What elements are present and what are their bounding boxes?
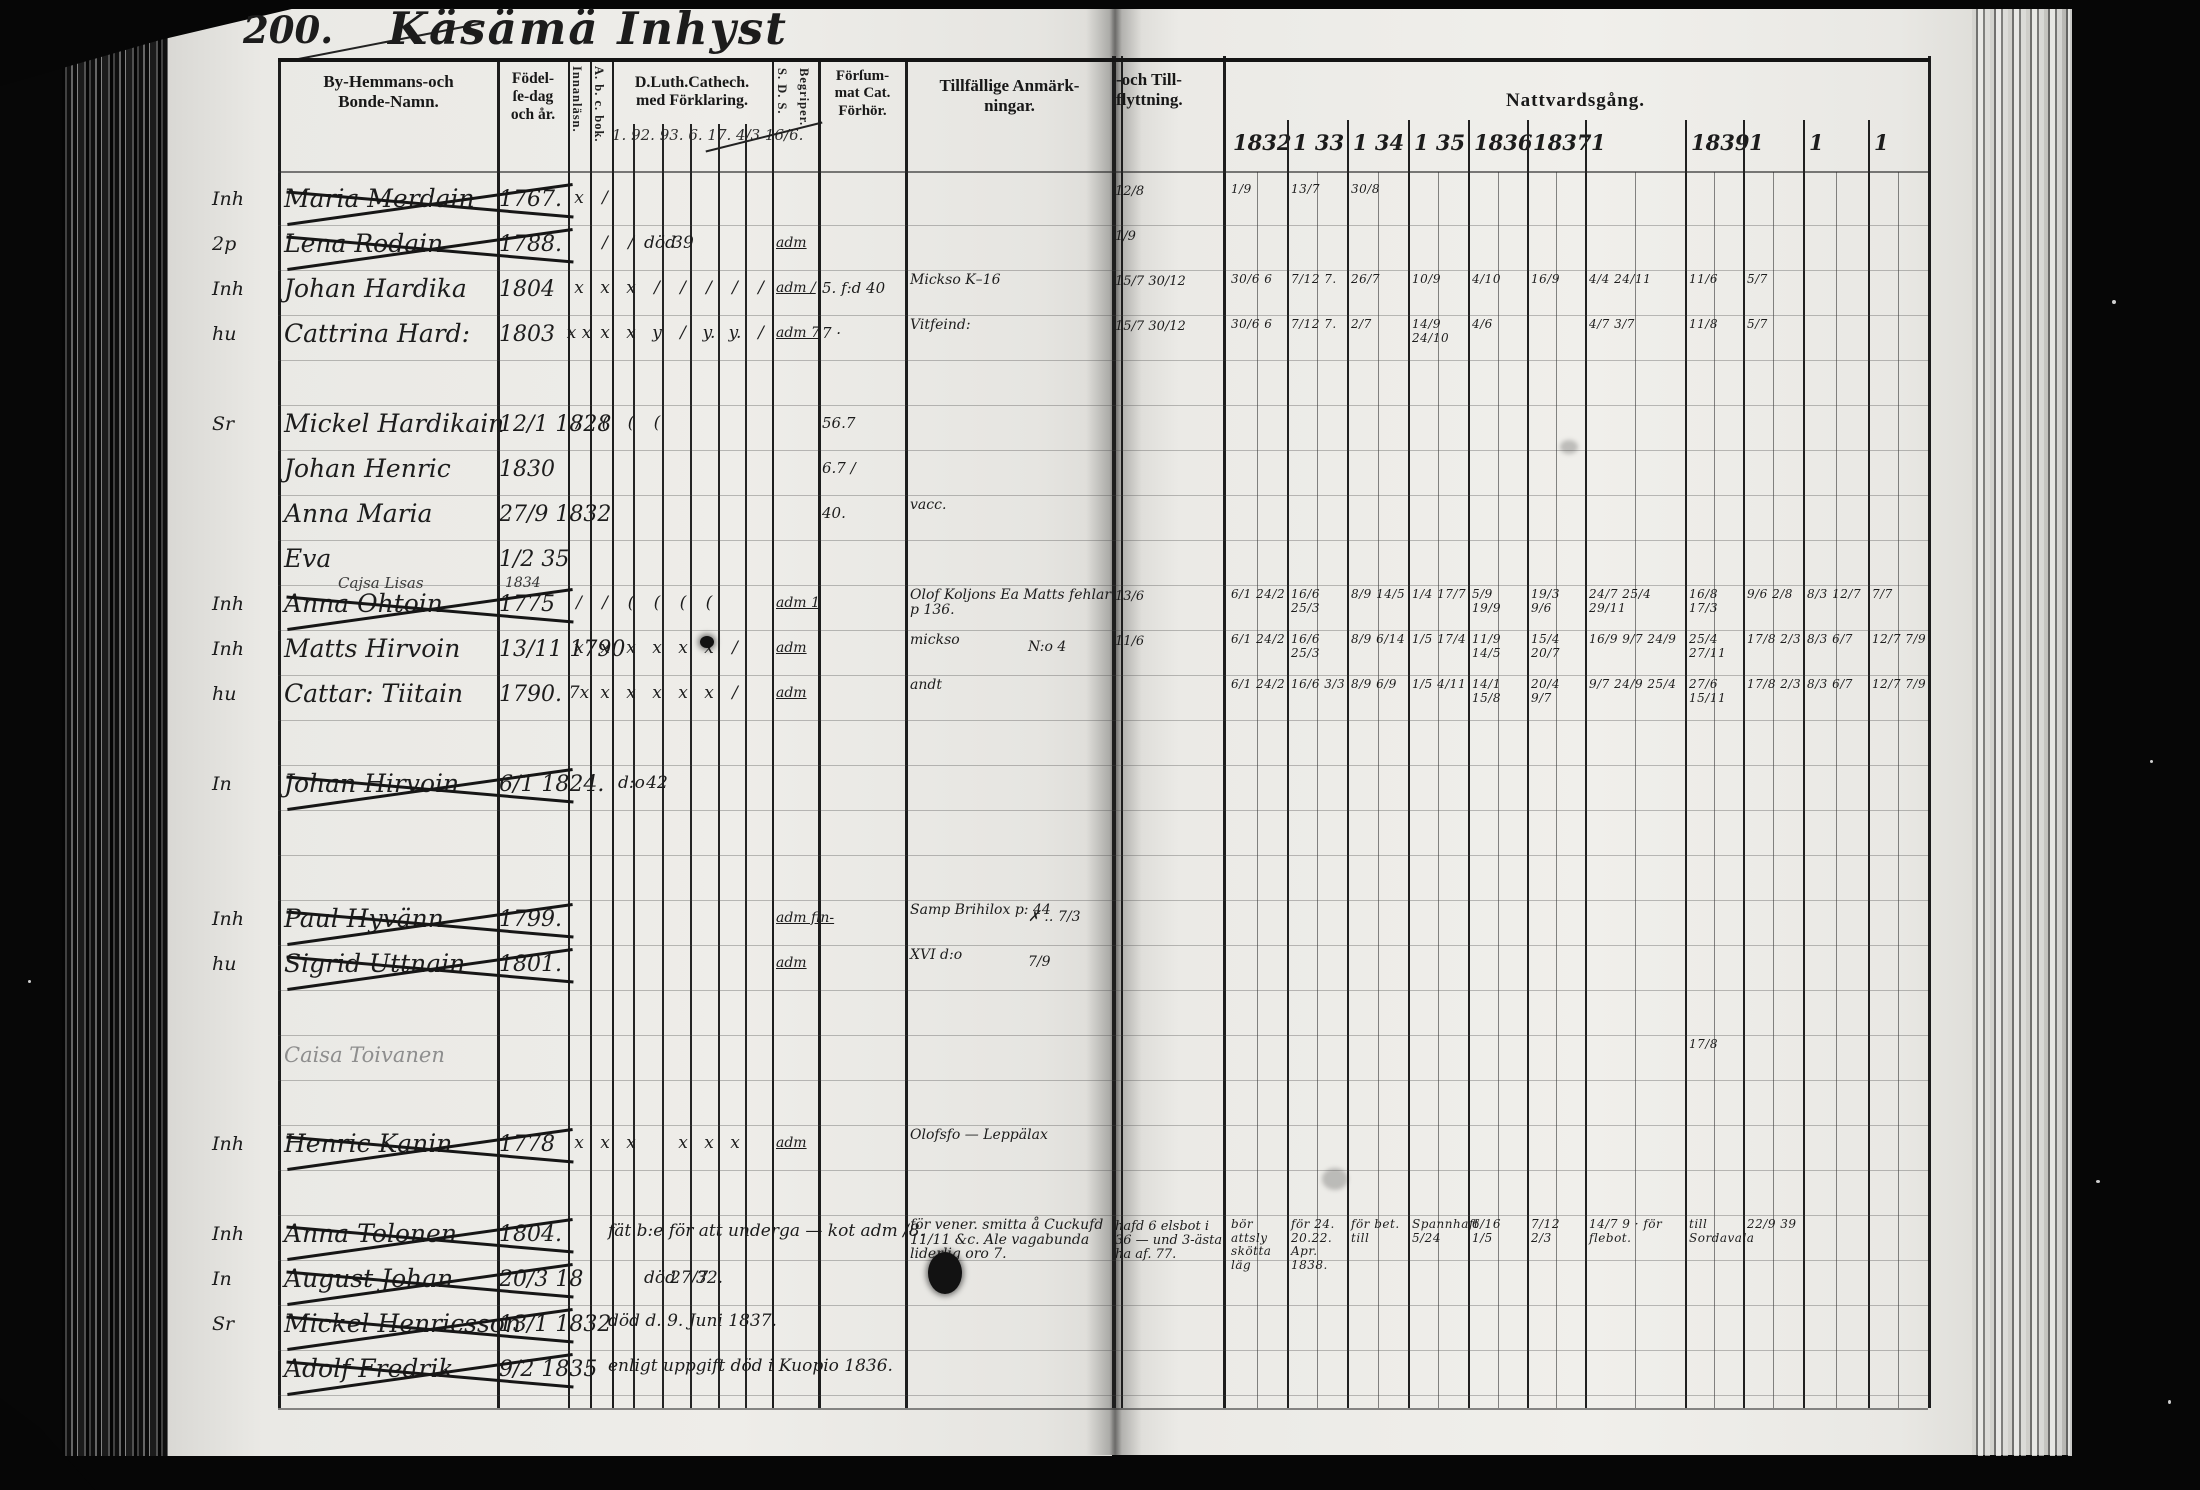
mark-cell: x xyxy=(592,323,618,343)
year-label: 1836 xyxy=(1474,130,1525,155)
smudge-stain xyxy=(1322,1168,1348,1190)
communion-cell: 22/9 39 xyxy=(1747,1218,1802,1232)
communion-cell: 16/8 17/3 xyxy=(1689,588,1742,615)
register-row xyxy=(0,855,2200,900)
register-row: huCattrina Hard:1803x xxxy/y.y./adm 77 ·… xyxy=(0,315,2200,360)
dust-speck xyxy=(2112,300,2116,304)
mark-cell: 27/7 xyxy=(670,1268,696,1288)
mark-cell: x xyxy=(592,278,618,298)
mark-cell: / xyxy=(670,278,696,298)
forsummat-note: 40. xyxy=(822,504,908,522)
smudge-stain xyxy=(1560,440,1578,454)
communion-cell: 11/8 xyxy=(1689,318,1742,332)
register-row: InAugust Johan20/3 18död27/732. xyxy=(0,1260,2200,1305)
mark-cell: / xyxy=(618,233,644,253)
person-name: Johan Henric xyxy=(284,454,502,483)
mark-cell: x xyxy=(696,1133,722,1153)
flyttning-note: 11/6 xyxy=(1115,635,1225,649)
flyttning-note: hafd 6 elsbot i 36 — und 3-ästa ha af. 7… xyxy=(1115,1220,1225,1262)
row-prefix: Inh xyxy=(212,593,276,615)
flyttning-note: 15/7 30/12 xyxy=(1115,275,1225,289)
communion-cell: 15/4 20/7 xyxy=(1531,633,1584,660)
mark-cell: ( xyxy=(618,593,644,613)
begriper-note: adm xyxy=(776,1135,822,1151)
mark-cell: x xyxy=(592,683,618,703)
person-name: August Johan xyxy=(284,1264,502,1293)
mark-cell: x xyxy=(566,188,592,208)
year-label: 1 xyxy=(1591,130,1683,155)
column-header-flyttning: -och Till-flyttning. xyxy=(1116,70,1222,109)
begriper-note: adm 7 xyxy=(776,325,822,341)
register-row: InhCajsa LisasAnna Ohtoin18341775//((((a… xyxy=(0,585,2200,630)
row-prefix: Inh xyxy=(212,908,276,930)
row-prefix: hu xyxy=(212,953,276,975)
row-prefix: Sr xyxy=(212,413,276,435)
person-name: Maria Merdain xyxy=(284,184,502,213)
forsummat-note: 6.7 / xyxy=(822,459,908,477)
mark-cell: / xyxy=(722,638,748,658)
person-name: Matts Hirvoin xyxy=(284,634,502,663)
flyttning-note: 1/9 xyxy=(1115,230,1225,244)
register-row: SrMickel Henricsson13/1 1832död d. 9. Ju… xyxy=(0,1305,2200,1350)
dust-speck xyxy=(2168,1400,2171,1404)
mark-cell: ( xyxy=(670,593,696,613)
communion-cell: 16/6 3/3 xyxy=(1291,678,1346,692)
birth-date: 1801. xyxy=(499,952,579,977)
communion-cell: 4/7 3/7 xyxy=(1589,318,1684,332)
birth-date: 20/3 18 xyxy=(499,1267,579,1292)
communion-cell: 4/6 xyxy=(1472,318,1526,332)
mark-cell: y. xyxy=(722,323,748,343)
communion-cell: 7/12 7. xyxy=(1291,273,1346,287)
register-row: InhAnna Tolonen1804.för vener. smitta å … xyxy=(0,1215,2200,1260)
person-name: Caisa Toivanen xyxy=(284,1043,502,1067)
mark-cell: 42 xyxy=(644,773,670,793)
mark-cell: / xyxy=(592,593,618,613)
person-name: Anna Maria xyxy=(284,499,502,528)
birth-date: 1830 xyxy=(499,457,579,482)
ink-blot xyxy=(700,636,714,648)
communion-cell: 6/1 24/2 xyxy=(1231,678,1286,692)
year-label: 1 34 xyxy=(1353,130,1406,155)
communion-cell: 6/16 1/5 xyxy=(1472,1218,1526,1245)
communion-cell: 26/7 xyxy=(1351,273,1407,287)
birth-date: 6/1 1824. xyxy=(499,772,579,797)
register-row: InJohan Hirvoin6/1 1824.d:o42 xyxy=(0,765,2200,810)
year-label: 1837 xyxy=(1533,130,1583,155)
birth-date: 9/2 1835 xyxy=(499,1357,579,1382)
row-prefix: In xyxy=(212,1268,276,1290)
dust-speck xyxy=(2096,1180,2100,1183)
communion-cell: 12/7 7/9 xyxy=(1872,678,1927,692)
dust-speck xyxy=(28,980,31,983)
row-prefix: hu xyxy=(212,683,276,705)
mark-cell: / xyxy=(722,683,748,703)
grid-line xyxy=(278,1395,1928,1396)
mark-cell: x x xyxy=(566,323,592,343)
annotation-note: Mickso K–16 xyxy=(910,273,1116,288)
annotation-note: vacc. xyxy=(910,498,1116,513)
communion-cell: 14/1 15/8 xyxy=(1472,678,1526,705)
person-name: Paul Hyvänn xyxy=(284,904,502,933)
begriper-note: adm xyxy=(776,955,822,971)
communion-cell: 30/8 xyxy=(1351,183,1407,197)
column-header-names: By-Hemmans-ochBonde-Namn. xyxy=(280,72,497,111)
mark-cell: död xyxy=(644,1268,670,1288)
begriper-note: adm fin- xyxy=(776,910,822,926)
mark-cell: / xyxy=(748,323,774,343)
communion-cell: 5/7 xyxy=(1747,318,1802,332)
forsummat-note: 56.7 xyxy=(822,414,908,432)
mark-cell: 32. xyxy=(696,1268,722,1288)
communion-cell: 6/1 24/2 xyxy=(1231,633,1286,647)
row-prefix: Sr xyxy=(212,1313,276,1335)
register-row: InhMaria Merdain1767.x/12/81/913/730/8 xyxy=(0,180,2200,225)
mark-cell: x xyxy=(592,1133,618,1153)
dust-speck xyxy=(2150,760,2153,763)
communion-cell: 4/4 24/11 xyxy=(1589,273,1684,287)
register-row: Anna Maria27/9 183240.vacc. xyxy=(0,495,2200,540)
year-label: 1 xyxy=(1749,130,1801,155)
photo-black-margin-bottom xyxy=(0,1456,2200,1490)
birth-date: 1804. xyxy=(499,1222,579,1247)
communion-cell: 6/1 24/2 xyxy=(1231,588,1286,602)
mark-cell: / xyxy=(566,593,592,613)
wide-annotation: död d. 9. Juni 1837. xyxy=(608,1311,968,1331)
communion-cell: 8/3 6/7 xyxy=(1807,633,1867,647)
birth-date: 27/9 1832 xyxy=(499,502,579,527)
mark-cell: x xyxy=(566,278,592,298)
register-row: InhJohan Hardika1804xxx/////adm /5. f:d … xyxy=(0,270,2200,315)
register-row xyxy=(0,990,2200,1035)
begriper-note: adm xyxy=(776,640,822,656)
mark-cell: ( xyxy=(592,413,618,433)
birth-date: 1/2 35 xyxy=(499,547,579,572)
flyttning-note: 12/8 xyxy=(1115,185,1225,199)
communion-cell: 19/3 9/6 xyxy=(1531,588,1584,615)
person-name: Anna Tolonen xyxy=(284,1219,502,1248)
communion-cell: 16/6 25/3 xyxy=(1291,588,1346,615)
communion-cell: 30/6 6 xyxy=(1231,273,1286,287)
communion-cell: 17/8 2/3 xyxy=(1747,678,1802,692)
row-prefix: Inh xyxy=(212,1133,276,1155)
column-header-birth: Födel-ſe-dagoch år. xyxy=(499,70,567,123)
communion-cell: 7/12 7. xyxy=(1291,318,1346,332)
communion-cell: 14/7 9 · för flebot. xyxy=(1589,1218,1684,1245)
person-name: Adolf Fredrik xyxy=(284,1354,502,1383)
grid-line xyxy=(278,1408,1928,1410)
mark-cell: x xyxy=(670,683,696,703)
mark-cell: d:o xyxy=(618,773,644,793)
row-prefix: hu xyxy=(212,323,276,345)
mark-cell: x xyxy=(618,1133,644,1153)
communion-cell: 24/7 25/4 29/11 xyxy=(1589,588,1684,615)
column-header-forsummat: Förſum-mat Cat.Förhör. xyxy=(820,68,905,120)
register-row xyxy=(0,810,2200,855)
ink-blot xyxy=(928,1252,962,1294)
grid-line xyxy=(278,58,1930,62)
begriper-note: adm 1 xyxy=(776,595,822,611)
begriper-note: adm xyxy=(776,685,822,701)
wide-annotation: fät b:e för att underga — kot adm /8. xyxy=(608,1221,968,1241)
birth-year-small: 1834 xyxy=(505,575,541,591)
communion-cell: 7/12 2/3 xyxy=(1531,1218,1584,1245)
register-row xyxy=(0,1080,2200,1125)
forsummat-note: 7 · xyxy=(822,324,908,342)
communion-cell: 9/6 2/8 xyxy=(1747,588,1802,602)
birth-date: 13/1 1832 xyxy=(499,1312,579,1337)
page-number: 200. xyxy=(243,8,333,52)
communion-cell: 8/9 6/14 xyxy=(1351,633,1407,647)
row-prefix: 2p xyxy=(212,233,276,255)
communion-cell: 5/9 19/9 xyxy=(1472,588,1526,615)
register-row: InhHenric Kanin1778xxxxxxadmOlofsfo — Le… xyxy=(0,1125,2200,1170)
scanned-parish-register-photo: 200. Käsämä Inhyst By-Hemmans-ochBonde-N… xyxy=(0,0,2200,1490)
register-row: Caisa Toivanen17/8 xyxy=(0,1035,2200,1080)
communion-cell: 4/10 xyxy=(1472,273,1526,287)
mark-cell: / xyxy=(670,323,696,343)
register-row xyxy=(0,720,2200,765)
begriper-note: adm xyxy=(776,235,822,251)
mark-cell: x xyxy=(618,638,644,658)
register-row: 2pLena Rodain1788.//död39adm1/9 xyxy=(0,225,2200,270)
communion-cell: 1/4 17/7 xyxy=(1412,588,1467,602)
person-name: Mickel Hardikain xyxy=(284,409,502,438)
communion-cell: 8/9 14/5 xyxy=(1351,588,1407,602)
person-name: Lena Rodain xyxy=(284,229,502,258)
mark-cell: ( xyxy=(644,413,670,433)
mark-cell: y xyxy=(644,323,670,343)
wide-annotation: enligt uppgift död i Kuopio 1836. xyxy=(608,1356,968,1376)
mark-cell: / xyxy=(748,278,774,298)
annotation-note: Vitfeind: xyxy=(910,318,1116,333)
person-name: Cattar: Tiitain xyxy=(284,679,502,708)
annotation-note-right: 7/9 xyxy=(1028,954,1116,970)
register-row: Adolf Fredrik9/2 1835enligt uppgift död … xyxy=(0,1350,2200,1395)
row-prefix: Inh xyxy=(212,278,276,300)
person-name: Johan Hirvoin xyxy=(284,769,502,798)
flyttning-note: 15/7 30/12 xyxy=(1115,320,1225,334)
mark-cell: 7x xyxy=(566,683,592,703)
page-title: Käsämä Inhyst xyxy=(388,2,788,55)
communion-cell: 10/9 xyxy=(1412,273,1467,287)
mark-cell: x xyxy=(670,638,696,658)
register-rows: InhMaria Merdain1767.x/12/81/913/730/82p… xyxy=(0,180,2200,1395)
communion-cell: för bet. till xyxy=(1351,1218,1407,1245)
mark-cell: död xyxy=(644,233,670,253)
annotation-note-right: ✗ ‥ 7/3 xyxy=(1028,909,1116,925)
mark-cell: x xyxy=(592,638,618,658)
mark-cell: x xyxy=(566,1133,592,1153)
begriper-note: adm / xyxy=(776,280,822,296)
communion-cell: 2/7 xyxy=(1351,318,1407,332)
year-label: 1832 xyxy=(1233,130,1285,155)
communion-cell: 20/4 9/7 xyxy=(1531,678,1584,705)
communion-cell: till Sordavala xyxy=(1689,1218,1742,1245)
mark-cell: ( xyxy=(696,593,722,613)
communion-cell: 1/9 xyxy=(1231,183,1286,197)
mark-cell: / xyxy=(592,188,618,208)
column-header-cathech: D.Luth.Cathech.med Förklaring. xyxy=(612,74,772,111)
mark-cell: x xyxy=(670,1133,696,1153)
year-label: 1 xyxy=(1809,130,1866,155)
communion-cell: 27/6 15/11 xyxy=(1689,678,1742,705)
communion-cell: 11/9 14/5 xyxy=(1472,633,1526,660)
register-row: Eva1/2 35 xyxy=(0,540,2200,585)
row-prefix: Inh xyxy=(212,188,276,210)
communion-year-row: 18321 331 341 351836183711839111 xyxy=(0,128,2200,172)
register-row: InhPaul Hyvänn1799.adm fin-Samp Brihilox… xyxy=(0,900,2200,945)
register-row: SrMickel Hardikain12/1 1828/(((56.7 xyxy=(0,405,2200,450)
mark-cell: x xyxy=(566,638,592,658)
register-row xyxy=(0,1170,2200,1215)
mark-cell: x xyxy=(722,1133,748,1153)
communion-cell: 17/8 xyxy=(1689,1038,1742,1052)
mark-cell: x xyxy=(644,638,670,658)
mark-cell: / xyxy=(722,278,748,298)
row-prefix: In xyxy=(212,773,276,795)
mark-cell: / xyxy=(566,413,592,433)
year-label: 1 33 xyxy=(1293,130,1345,155)
communion-cell: 30/6 6 xyxy=(1231,318,1286,332)
annotation-note: Olof Koljons Ea Matts fehlar p 136. xyxy=(910,588,1116,617)
person-name: Cattrina Hard: xyxy=(284,319,502,348)
person-name: Mickel Henricsson xyxy=(284,1309,502,1338)
grid-line xyxy=(278,171,1928,173)
person-name: Henric Kanin xyxy=(284,1129,502,1158)
annotation-note: Olofsfo — Leppälax xyxy=(910,1128,1116,1143)
communion-cell: 9/7 24/9 25/4 xyxy=(1589,678,1684,692)
register-row: Johan Henric18306.7 / xyxy=(0,450,2200,495)
flyttning-note: 13/6 xyxy=(1115,590,1225,604)
mark-cell: ( xyxy=(644,593,670,613)
register-row: huCattar: Tiitain1790.7xxxxxx/admandt6/1… xyxy=(0,675,2200,720)
communion-cell: 8/3 6/7 xyxy=(1807,678,1867,692)
column-header-anmarkningar: Tillfällige Anmärk-ningar. xyxy=(907,76,1112,115)
communion-cell: 25/4 27/11 xyxy=(1689,633,1742,660)
person-name: Anna Ohtoin xyxy=(284,589,502,618)
register-row: InhMatts Hirvoin13/11 1790xxxxxx/admmick… xyxy=(0,630,2200,675)
communion-cell: 1/5 4/11 xyxy=(1412,678,1467,692)
communion-cell: 1/5 17/4 xyxy=(1412,633,1467,647)
birth-date: 1788. xyxy=(499,232,579,257)
row-prefix: Inh xyxy=(212,638,276,660)
mark-cell: 39 xyxy=(670,233,696,253)
row-prefix: Inh xyxy=(212,1223,276,1245)
mark-cell: x xyxy=(618,683,644,703)
birth-date: 1799. xyxy=(499,907,579,932)
mark-cell: ( xyxy=(618,413,644,433)
year-label: 1 35 xyxy=(1414,130,1466,155)
communion-cell: 13/7 xyxy=(1291,183,1346,197)
annotation-note-right: N:o 4 xyxy=(1028,639,1116,655)
communion-cell: 12/7 7/9 xyxy=(1872,633,1927,647)
register-row: huSigrid Uttnain1801.admXVI d:o7/9 xyxy=(0,945,2200,990)
communion-cell: 16/9 xyxy=(1531,273,1584,287)
mark-cell: x xyxy=(618,278,644,298)
person-name: Sigrid Uttnain xyxy=(284,949,502,978)
communion-cell: Spannhaft 5/24 xyxy=(1412,1218,1467,1245)
forsummat-note: 5. f:d 40 xyxy=(822,279,908,297)
communion-cell: 16/6 25/3 xyxy=(1291,633,1346,660)
mark-cell: x xyxy=(696,683,722,703)
communion-cell: 17/8 2/3 xyxy=(1747,633,1802,647)
mark-cell: x xyxy=(644,683,670,703)
register-row xyxy=(0,360,2200,405)
person-name: Johan Hardika xyxy=(284,274,502,303)
communion-cell: 7/7 xyxy=(1872,588,1927,602)
year-label: 1839 xyxy=(1691,130,1741,155)
person-name: Eva xyxy=(284,544,502,573)
column-header-nattvardsgang: Nattvardsgång. xyxy=(1223,90,1928,112)
communion-cell: 8/3 12/7 xyxy=(1807,588,1867,602)
communion-cell: 8/9 6/9 xyxy=(1351,678,1407,692)
year-label: 1 xyxy=(1874,130,1926,155)
mark-cell: / xyxy=(592,233,618,253)
communion-cell: 11/6 xyxy=(1689,273,1742,287)
mark-cell: / xyxy=(644,278,670,298)
annotation-note: andt xyxy=(910,678,1116,693)
mark-cell: x xyxy=(618,323,644,343)
communion-cell: 14/9 24/10 xyxy=(1412,318,1467,345)
mark-cell: / xyxy=(696,278,722,298)
mark-cell: y. xyxy=(696,323,722,343)
communion-cell: 5/7 xyxy=(1747,273,1802,287)
communion-cell: 16/9 9/7 24/9 xyxy=(1589,633,1684,647)
